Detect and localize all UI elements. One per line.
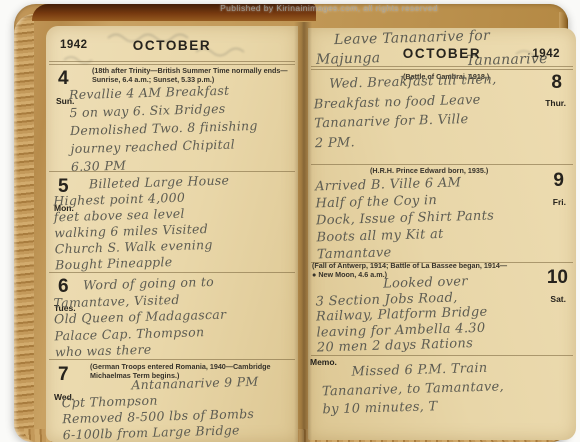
left-page: 1942 OCTOBER 4 (18th after Trinity—Briti… — [46, 26, 298, 442]
memo-handwriting: Missed 6 P.M. Train Tananarive, to Taman… — [321, 358, 568, 420]
book-gutter-shadow — [294, 22, 312, 442]
memo-divider — [311, 355, 573, 356]
handwriting-note: Arrived B. Ville 6 AM Half of the Coy in… — [315, 172, 559, 264]
handwriting-note: Antananarive 9 PM Cpt Thompson Removed 8… — [61, 373, 297, 442]
day-number: 8 — [551, 72, 562, 94]
diary-book: 1942 OCTOBER 4 (18th after Trinity—Briti… — [14, 4, 568, 442]
header-rule — [311, 66, 573, 67]
watermark: Published by Kirinainimages.com, all rig… — [186, 3, 472, 13]
entry-divider — [49, 359, 295, 360]
left-page-month: OCTOBER — [46, 38, 298, 53]
handwriting-note: Word of going on to Tamantave, Visited O… — [53, 272, 297, 361]
header-rule-2 — [49, 64, 295, 65]
entry-divider — [311, 164, 573, 165]
right-page: Leave Tananarive for Majunga Tananarive … — [308, 28, 576, 440]
handwriting-note: Looked over 3 Section Jobs Road, Railway… — [315, 272, 567, 356]
header-rule — [49, 61, 295, 62]
handwriting-note: Wed. Breakfast till then, Breakfast no f… — [313, 69, 553, 154]
handwriting-note: Billeted Large House Highest point 4,000… — [53, 171, 298, 274]
book-left-page-edges — [14, 14, 34, 442]
diary-photo: 1942 OCTOBER 4 (18th after Trinity—Briti… — [0, 0, 580, 442]
right-page-year: 1942 — [532, 48, 560, 60]
day-number: 4 — [58, 68, 69, 90]
handwriting-note: Revallie 4 AM Breakfast 5 on way 6. Six … — [69, 80, 296, 176]
